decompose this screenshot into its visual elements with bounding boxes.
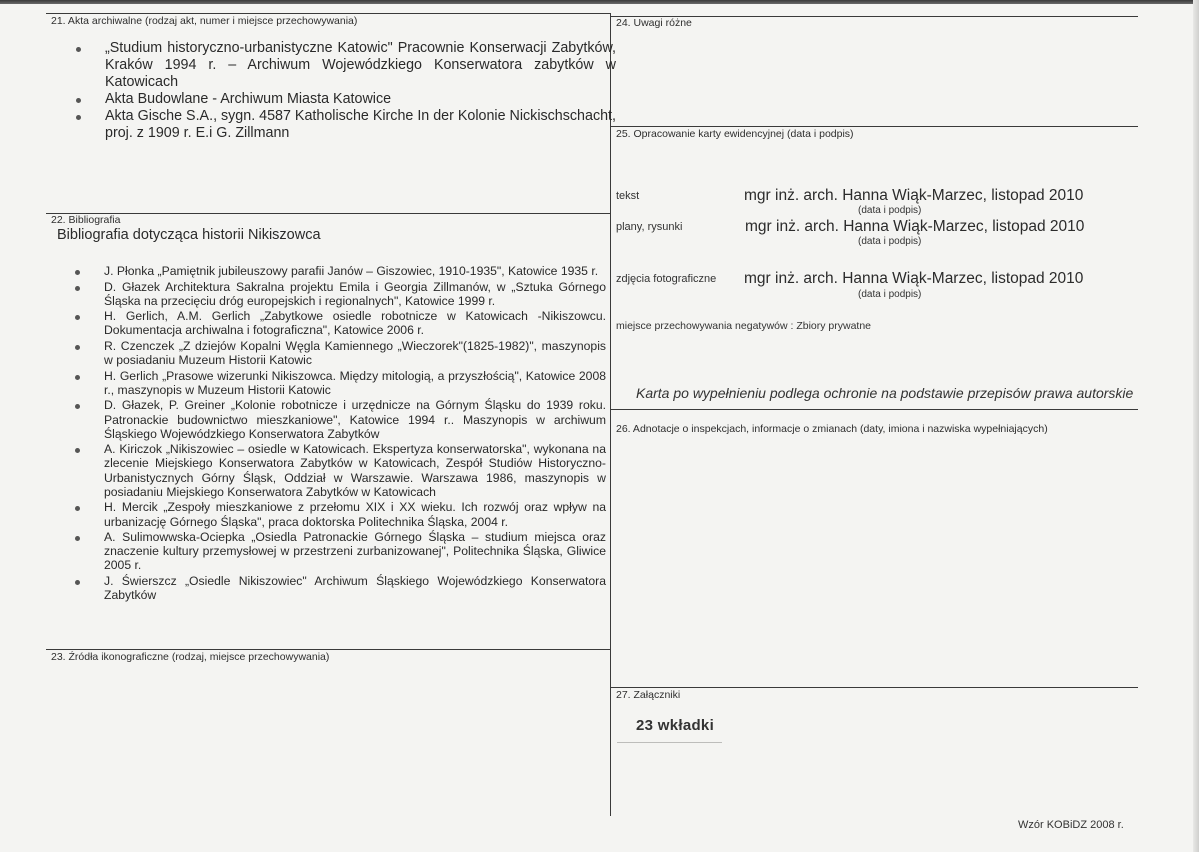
rule-23 (46, 649, 611, 650)
rule-26 (611, 409, 1138, 410)
list-item: H. Gerlich „Prasowe wizerunki Nikiszowca… (104, 369, 606, 397)
photos-author-label: zdjęcia fotograficzne (616, 273, 716, 285)
list-item: A. Kiriczok „Nikiszowiec – osiedle w Kat… (104, 442, 606, 499)
section-24-heading: 24. Uwagi różne (616, 17, 692, 29)
list-item: D. Głazek Architektura Sakralna projektu… (104, 280, 606, 308)
top-rule-left (46, 13, 611, 14)
plans-author-value: mgr inż. arch. Hanna Wiąk-Marzec, listop… (745, 218, 1084, 236)
section-22-heading: 22. Bibliografia (51, 214, 120, 226)
copyright-notice: Karta po wypełnieniu podlega ochronie na… (636, 385, 1133, 401)
text-author-label: tekst (616, 190, 639, 202)
text-author-note: (data i podpis) (858, 205, 921, 216)
list-item: Akta Gische S.A., sygn. 4587 Katholische… (105, 108, 616, 142)
attachments-underline (617, 742, 722, 743)
scan-top-edge (0, 0, 1199, 4)
list-item: D. Głazek, P. Greiner „Kolonie robotnicz… (104, 398, 606, 441)
plans-author-label: plany, rysunki (616, 221, 682, 233)
form-template-footer: Wzór KOBiDZ 2008 r. (1018, 819, 1124, 831)
list-item: A. Sulimowwska-Ociepka „Osiedla Patronac… (104, 530, 606, 573)
bibliography-subtitle: Bibliografia dotycząca historii Nikiszow… (57, 227, 321, 243)
list-item: „Studium historyczno-urbanistyczne Katow… (105, 40, 616, 91)
list-item: H. Mercik „Zespoły mieszkaniowe z przeło… (104, 500, 606, 528)
section-25-heading: 25. Opracowanie karty ewidencyjnej (data… (616, 128, 854, 140)
attachments-count: 23 wkładki (636, 717, 714, 734)
archival-records-list: „Studium historyczno-urbanistyczne Katow… (105, 40, 616, 142)
list-item: H. Gerlich, A.M. Gerlich „Zabytkowe osie… (104, 309, 606, 337)
photos-author-note: (data i podpis) (858, 289, 921, 300)
text-author-value: mgr inż. arch. Hanna Wiąk-Marzec, listop… (744, 187, 1083, 205)
scan-right-edge (1193, 0, 1199, 852)
list-item: Akta Budowlane - Archiwum Miasta Katowic… (105, 91, 616, 108)
rule-27 (611, 687, 1138, 688)
section-21-heading: 21. Akta archiwalne (rodzaj akt, numer i… (51, 15, 357, 27)
list-item: R. Czenczek „Z dziejów Kopalni Węgla Kam… (104, 339, 606, 367)
negatives-location: miejsce przechowywania negatywów : Zbior… (616, 320, 871, 332)
section-27-heading: 27. Załączniki (616, 689, 680, 701)
section-26-heading: 26. Adnotacje o inspekcjach, informacje … (616, 423, 1048, 435)
bibliography-list: J. Płonka „Pamiętnik jubileuszowy parafi… (104, 264, 606, 604)
list-item: J. Płonka „Pamiętnik jubileuszowy parafi… (104, 264, 606, 278)
section-23-heading: 23. Źródła ikonograficzne (rodzaj, miejs… (51, 651, 329, 663)
plans-author-note: (data i podpis) (858, 236, 921, 247)
rule-25 (611, 126, 1138, 127)
rule-22 (46, 213, 611, 214)
list-item: J. Świerszcz „Osiedle Nikiszowiec" Archi… (104, 574, 606, 602)
photos-author-value: mgr inż. arch. Hanna Wiąk-Marzec, listop… (744, 270, 1083, 288)
